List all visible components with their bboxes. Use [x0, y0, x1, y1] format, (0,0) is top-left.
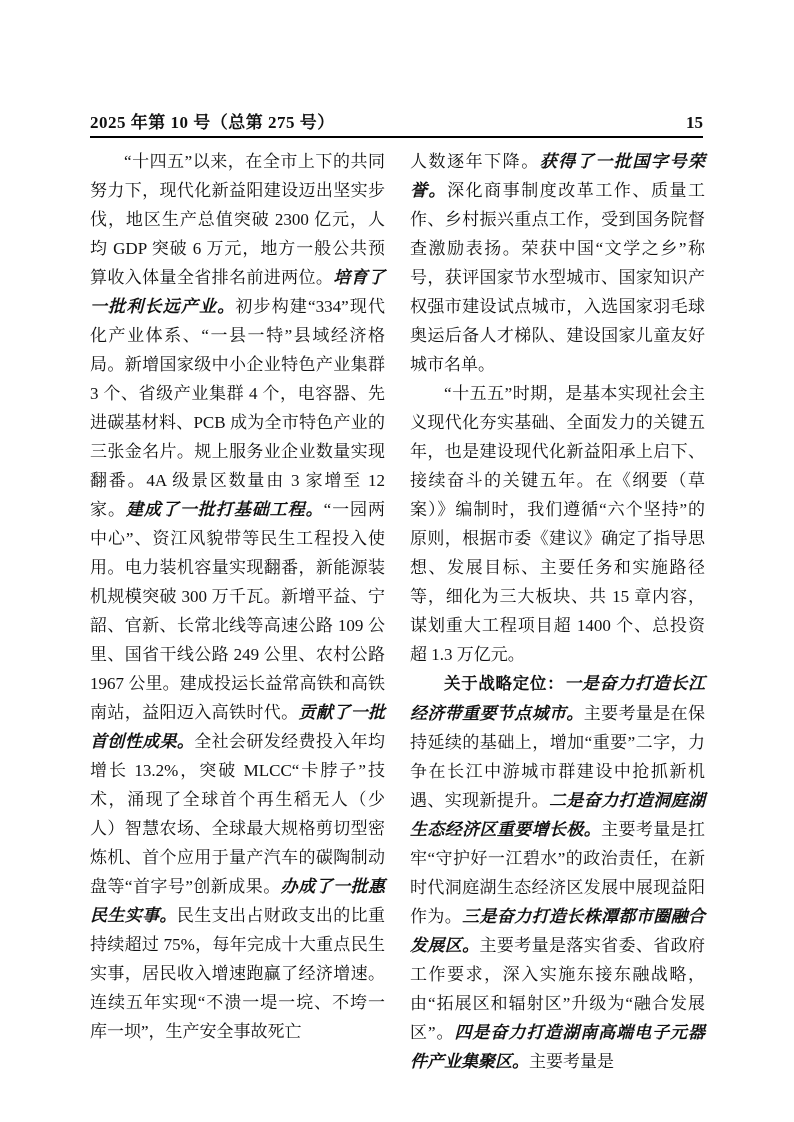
body-text: 民生支出占财政支出的比重持续超过 75%，每年完成十大重点民生实事，居民收入增速… [90, 906, 385, 1041]
body-text: 人数逐年下降。 [410, 152, 540, 171]
body-text: 全社会研发经费投入年均增长 13.2%，突破 MLCC“卡脖子”技术，涌现了全球… [90, 732, 385, 896]
document-page: 2025 年第 10 号（总第 275 号） 15 “十四五”以来，在全市上下的… [0, 0, 794, 1122]
left-column: “十四五”以来，在全市上下的共同努力下，现代化新益阳建设迈出坚实步伐，地区生产总… [90, 147, 385, 1076]
paragraph: “十五五”时期，是基本实现社会主义现代化夯实基础、全面发力的关键五年，也是建设现… [410, 379, 705, 669]
body-text: 深化商事制度改革工作、质量工作、乡村振兴重点工作，受到国务院督查激励表扬。荣获中… [410, 181, 705, 374]
paragraph: 人数逐年下降。获得了一批国字号荣誉。深化商事制度改革工作、质量工作、乡村振兴重点… [410, 147, 705, 379]
body-text: “十四五”以来，在全市上下的共同努力下，现代化新益阳建设迈出坚实步伐，地区生产总… [90, 152, 385, 287]
running-header: 2025 年第 10 号（总第 275 号） 15 [90, 108, 703, 138]
paragraph: 关于战略定位：一是奋力打造长江经济带重要节点城市。主要考量是在保持延续的基础上，… [410, 669, 705, 1076]
text-columns: “十四五”以来，在全市上下的共同努力下，现代化新益阳建设迈出坚实步伐，地区生产总… [90, 147, 703, 1076]
emphasis-text: 建成了一批打基础工程。 [126, 500, 324, 519]
page-number: 15 [686, 113, 703, 133]
body-text: “十五五”时期，是基本实现社会主义现代化夯实基础、全面发力的关键五年，也是建设现… [410, 384, 705, 664]
issue-title: 2025 年第 10 号（总第 275 号） [90, 108, 335, 133]
right-column: 人数逐年下降。获得了一批国字号荣誉。深化商事制度改革工作、质量工作、乡村振兴重点… [410, 147, 705, 1076]
body-text: 初步构建“334”现代化产业体系、“一县一特”县域经济格局。新增国家级中小企业特… [90, 297, 385, 519]
inline-heading: 关于战略定位： [444, 675, 564, 693]
body-text: “一园两中心”、资江风貌带等民生工程投入使用。电力装机容量实现翻番，新能源装机规… [90, 500, 385, 722]
paragraph: “十四五”以来，在全市上下的共同努力下，现代化新益阳建设迈出坚实步伐，地区生产总… [90, 147, 385, 1046]
body-text: 主要考量是 [529, 1052, 614, 1071]
